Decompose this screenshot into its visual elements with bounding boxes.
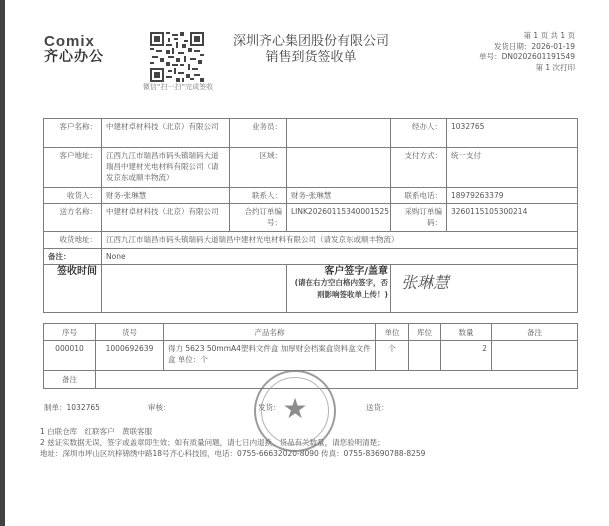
contact-value: 财务-张琳慧	[287, 188, 391, 204]
customer-sign-cell: 客户签字/盖章 (请在右方空白格内签字，否则影响签收单上传！)	[287, 265, 391, 313]
region-value	[287, 148, 391, 188]
customer-address-label: 客户地址：	[44, 148, 102, 188]
print-count: 第 1 次打印	[479, 63, 575, 74]
deliverer: 送货：	[366, 402, 389, 413]
header-product-name: 产品名称	[164, 324, 376, 341]
row-product-name: 得力 5623 50mmA4塑料文件盒 加厚财会档案盒资料盒文件盒 单位：个	[164, 341, 376, 371]
row-seq: 000010	[44, 341, 96, 371]
ship-date: 发货日期：2026-01-19	[479, 42, 575, 53]
header-seq: 序号	[44, 324, 96, 341]
page-indicator: 第 1 页 共 1 页	[479, 31, 575, 42]
remark-label: 备注：	[44, 249, 102, 265]
region-label: 区域：	[230, 148, 287, 188]
po-label: 采购订单编码：	[391, 204, 447, 232]
customer-sign-label: 客户签字/盖章	[289, 266, 388, 277]
qr-caption: 微信“扫一扫”完成签收	[138, 82, 218, 92]
row-location	[409, 341, 441, 371]
customer-sign-note: (请在右方空白格内签字，否则影响签收单上传！)	[289, 277, 388, 301]
maker: 制单：1032765	[44, 402, 100, 413]
phone-value: 18979263379	[447, 188, 578, 204]
document-meta: 第 1 页 共 1 页 发货日期：2026-01-19 单号：DN0202601…	[479, 31, 575, 73]
customer-address-value: 江西九江市瑞昌市码头镇瑞码大道瑞昌中建材光电材料有限公司（请发京东或顺丰物流）	[102, 148, 230, 188]
receiver-value: 财务-张琳慧	[102, 188, 230, 204]
customer-name-label: 客户名称：	[44, 119, 102, 148]
order-number: 单号：DN0202601191549	[479, 52, 575, 63]
footer-notes: 1 白联仓库 红联客户 黄联客服 2 兹证实数据无误，签字或盖章即生效；如有质量…	[40, 426, 425, 459]
ship-to-value: 中建材卓材科技（北京）有限公司	[102, 204, 230, 232]
company-address: 地址：深圳市坪山区坑梓锦绣中路18号齐心科技园，电话：0755-66632020…	[40, 448, 425, 459]
handler-value: 1032765	[447, 119, 578, 148]
sign-time-label: 签收时间	[44, 265, 102, 313]
contract-value: LINK20260115340001525	[287, 204, 391, 232]
header-remark: 备注	[492, 324, 578, 341]
company-name: 深圳齐心集团股份有限公司	[226, 34, 396, 50]
ship-to-label: 送方名称：	[44, 204, 102, 232]
document-title: 深圳齐心集团股份有限公司 销售到货签收单	[226, 34, 396, 66]
contract-label: 合约订单编号：	[230, 204, 287, 232]
sign-time-value[interactable]	[102, 265, 287, 313]
doc-title: 销售到货签收单	[226, 50, 396, 66]
salesman-label: 业务员：	[230, 119, 287, 148]
star-icon: ★	[256, 394, 334, 424]
payment-label: 支付方式：	[391, 148, 447, 188]
qr-code-icon[interactable]	[150, 32, 204, 82]
delivery-address-value: 江西九江市瑞昌市码头镇瑞码大道瑞昌中建材光电材料有限公司（请发京东或顺丰物流）	[102, 232, 578, 249]
product-remark-value	[96, 371, 578, 389]
customer-info-table: 客户名称： 中建材卓材科技（北京）有限公司 业务员： 经办人： 1032765 …	[43, 118, 578, 313]
po-value: 3260115105300214	[447, 204, 578, 232]
copy-distribution-note: 1 白联仓库 红联客户 黄联客服	[40, 426, 425, 437]
scan-edge	[0, 0, 5, 526]
logo-chinese: 齐心办公	[44, 49, 104, 65]
contact-label: 联系人：	[230, 188, 287, 204]
phone-label: 联系电话：	[391, 188, 447, 204]
salesman-value	[287, 119, 391, 148]
product-remark-label: 备注	[44, 371, 96, 389]
remark-value: None	[102, 249, 578, 265]
row-remark	[492, 341, 578, 371]
customer-signature[interactable]: 张琳慧	[391, 265, 578, 313]
delivery-address-label: 收货地址：	[44, 232, 102, 249]
header-location: 库位	[409, 324, 441, 341]
header-sku: 货号	[96, 324, 164, 341]
company-seal-stamp: ★	[254, 370, 336, 452]
reviewer: 审核：	[148, 402, 171, 413]
product-table-header: 序号 货号 产品名称 单位 库位 数量 备注	[44, 324, 578, 341]
table-row: 000010 1000692639 得力 5623 50mmA4塑料文件盒 加厚…	[44, 341, 578, 371]
row-sku: 1000692639	[96, 341, 164, 371]
company-logo: Comix 齐心办公	[44, 34, 104, 65]
payment-value: 统一支付	[447, 148, 578, 188]
header-unit: 单位	[376, 324, 409, 341]
receiver-label: 收货人：	[44, 188, 102, 204]
handler-label: 经办人：	[391, 119, 447, 148]
row-quantity: 2	[441, 341, 492, 371]
row-unit: 个	[376, 341, 409, 371]
header-quantity: 数量	[441, 324, 492, 341]
customer-name-value: 中建材卓材科技（北京）有限公司	[102, 119, 230, 148]
logo-english: Comix	[44, 34, 104, 49]
confirmation-note: 2 兹证实数据无误，签字或盖章即生效；如有质量问题，请七日内退换，货品有关数量，…	[40, 437, 425, 448]
